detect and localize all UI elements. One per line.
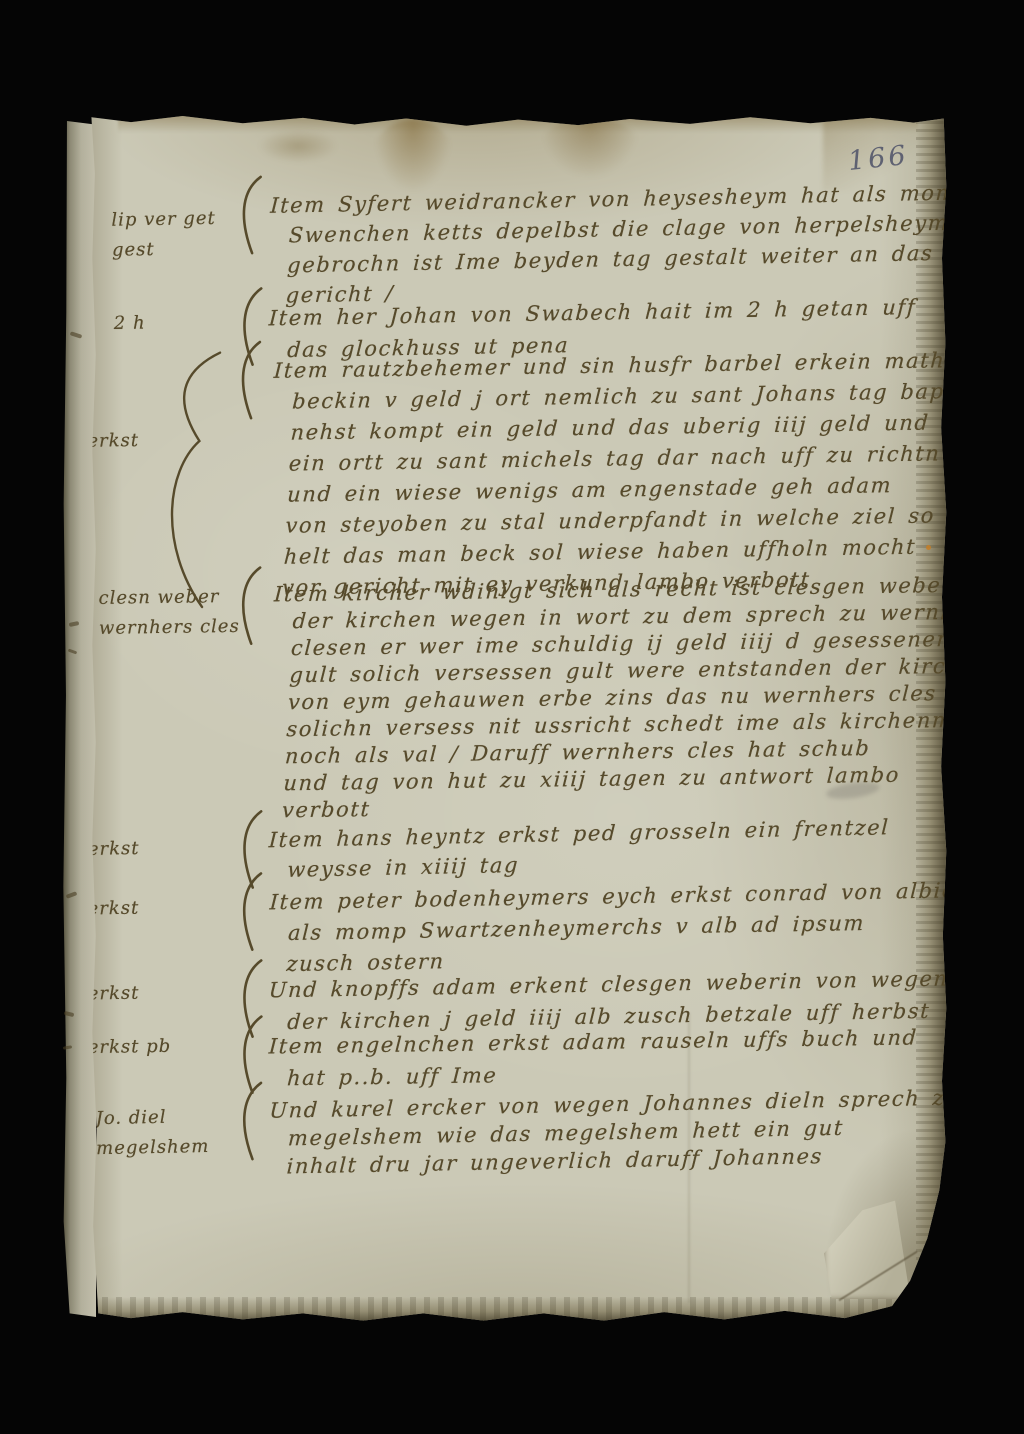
pen-flourish-icon <box>235 871 266 956</box>
margin-note: clesn weber wernhers cles <box>98 582 240 644</box>
top-edge-stain-band <box>118 113 918 133</box>
margin-note-line: 2 h <box>114 309 146 340</box>
margin-note-line: Jo. diel <box>95 1102 209 1134</box>
under-page-edge <box>63 121 96 1317</box>
bottom-deckle-edge <box>88 1297 948 1323</box>
margin-note-line: erkst pb <box>88 1032 172 1063</box>
stain-blotch <box>373 119 453 193</box>
stain-blotch <box>540 117 640 179</box>
entry-text: Item rautzbehemer und sin husfr barbel e… <box>261 345 942 604</box>
entry-text: Item kircher wdinigt sich als recht ist … <box>261 572 943 825</box>
margin-note: erkst pb <box>88 1032 172 1063</box>
entry-9: Jo. diel megelshem Und kurel ercker von … <box>87 1084 948 1184</box>
margin-note-line: megelshem <box>96 1132 210 1164</box>
pen-flourish-icon <box>235 1081 267 1166</box>
margin-note-line: gest <box>112 234 217 266</box>
margin-note-line: wernhers cles <box>99 612 240 644</box>
margin-note: 2 h <box>114 309 146 340</box>
pen-flourish-icon <box>234 340 265 424</box>
stain-speckles <box>258 129 338 163</box>
entry-text: Item hans heyntz erkst ped grosseln ein … <box>267 811 938 885</box>
entry-text: Item Syfert weidrancker von heysesheym h… <box>265 178 939 311</box>
margin-note: Jo. diel megelshem <box>95 1102 209 1164</box>
entry-3: erkst Item rautzbehemer und sin husfr ba… <box>86 345 950 606</box>
margin-note: lip ver get gest <box>111 204 216 266</box>
margin-note: erkst <box>88 979 140 1010</box>
pen-flourish-icon <box>235 175 267 260</box>
margin-note-line: erkst <box>87 426 139 457</box>
manuscript-page: 166 lip ver get gest Item Syfert weidran… <box>88 113 948 1323</box>
entry-4: clesn weber wernhers cles Item kircher w… <box>86 572 949 827</box>
margin-note-line: erkst <box>88 834 140 865</box>
margin-note-line: clesn weber <box>98 582 239 614</box>
entry-text: Und kurel ercker von wegen Johannes diel… <box>266 1084 938 1181</box>
pen-flourish-icon <box>234 566 265 650</box>
folio-number: 166 <box>847 140 910 177</box>
entry-text: Item engelnchen erkst adam rauseln uffs … <box>266 1021 938 1094</box>
margin-note: erkst <box>88 834 140 865</box>
margin-note: erkst <box>87 426 139 457</box>
margin-note-line: erkst <box>88 979 140 1010</box>
scene: { "page": { "folio_number": "166", "pape… <box>0 0 1024 1434</box>
margin-note-line: lip ver get <box>111 204 216 236</box>
